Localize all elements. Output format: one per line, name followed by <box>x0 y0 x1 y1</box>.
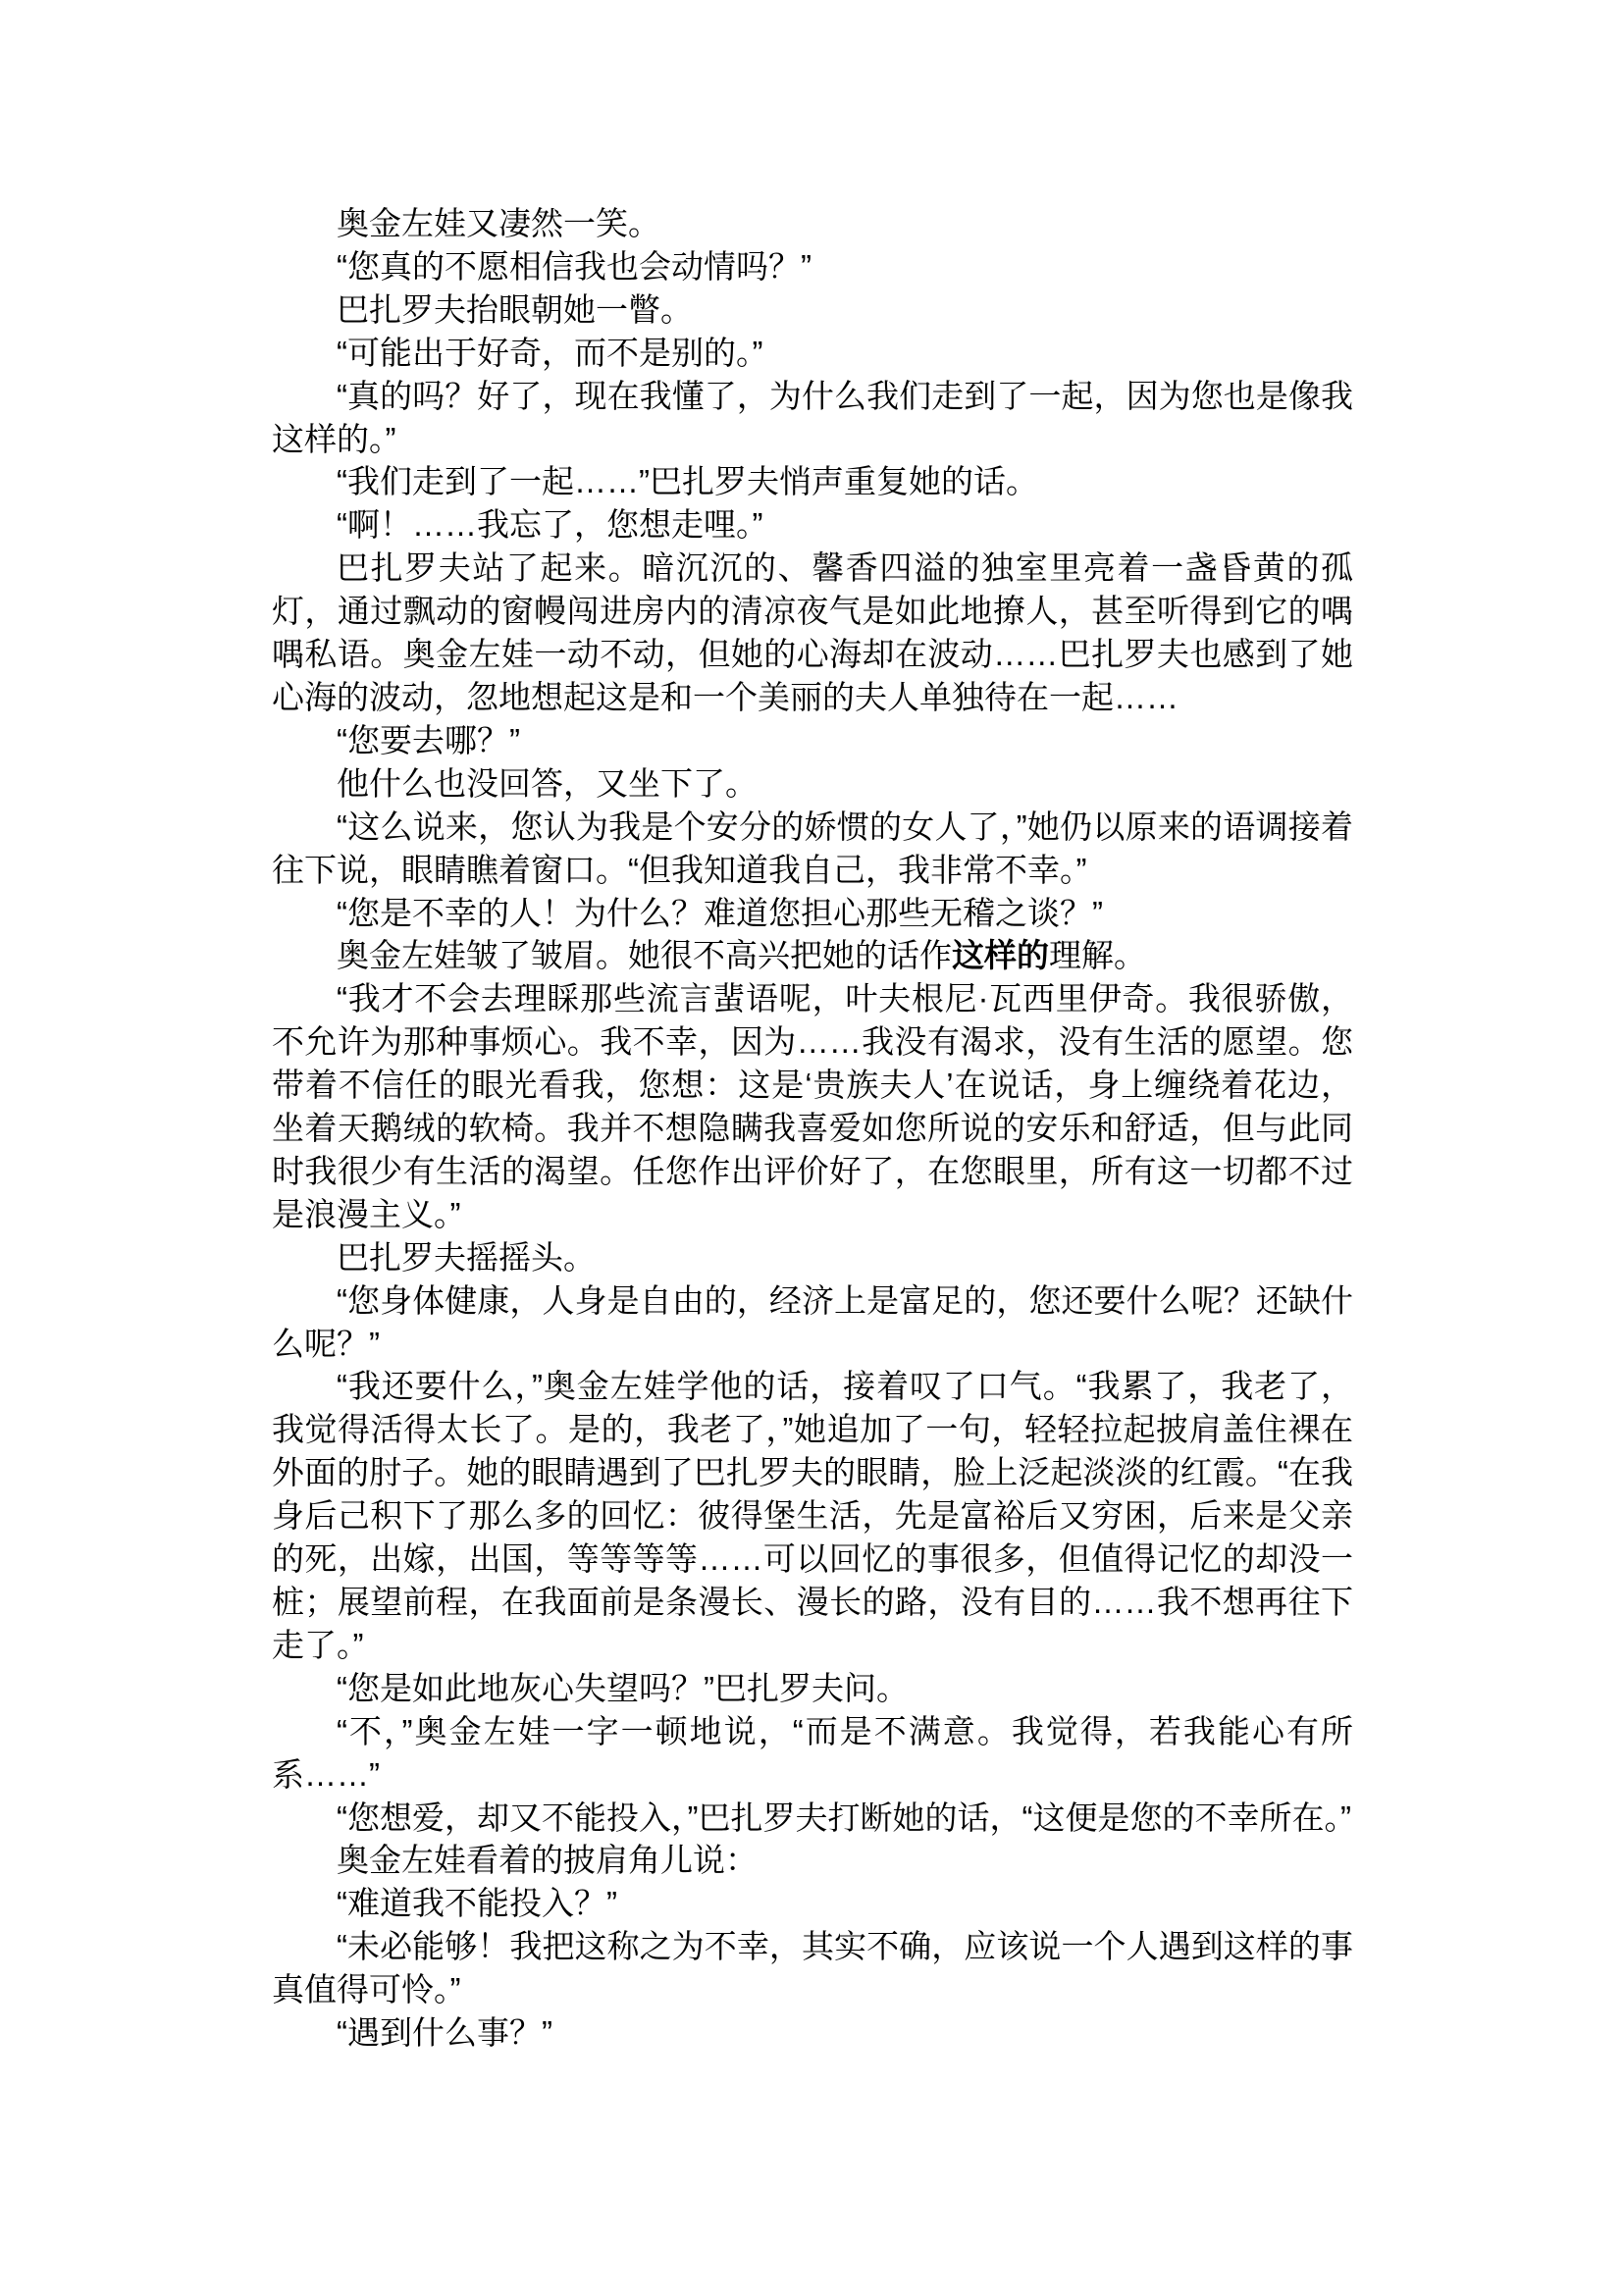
paragraph-text: “您身体健康，人身是自由的，经济上是富足的，您还要什么呢？还缺什么呢？” <box>272 1282 1353 1362</box>
paragraph: “这么说来，您认为我是个安分的娇惯的女人了，”她仍以原来的语调接着往下说，眼睛瞧… <box>272 806 1353 892</box>
paragraph-text: 巴扎罗夫摇摇头。 <box>337 1239 596 1276</box>
paragraph: “您身体健康，人身是自由的，经济上是富足的，您还要什么呢？还缺什么呢？” <box>272 1279 1353 1366</box>
paragraph: “您想爱，却又不能投入，”巴扎罗夫打断她的话，“这便是您的不幸所在。” <box>272 1797 1353 1840</box>
paragraph: “啊！……我忘了，您想走哩。” <box>272 503 1353 547</box>
document-page: 奥金左娃又凄然一笑。“您真的不愿相信我也会动情吗？”巴扎罗夫抬眼朝她一瞥。“可能… <box>0 0 1624 2294</box>
paragraph: “我还要什么，”奥金左娃学他的话，接着叹了口气。“我累了，我老了，我觉得活得太长… <box>272 1365 1353 1666</box>
paragraph-text: “您要去哪？” <box>337 722 520 758</box>
paragraph-text: “真的吗？好了，现在我懂了，为什么我们走到了一起，因为您也是像我这样的。” <box>272 378 1353 457</box>
paragraph-text: “您想爱，却又不能投入，”巴扎罗夫打断她的话，“这便是您的不幸所在。” <box>337 1799 1351 1836</box>
paragraph: “真的吗？好了，现在我懂了，为什么我们走到了一起，因为您也是像我这样的。” <box>272 375 1353 461</box>
paragraph-text: “这么说来，您认为我是个安分的娇惯的女人了，”她仍以原来的语调接着往下说，眼睛瞧… <box>272 808 1353 888</box>
paragraph-text: 奥金左娃看着的披肩角儿说： <box>337 1842 758 1878</box>
paragraph-text: “遇到什么事？” <box>337 2014 552 2051</box>
paragraph: “难道我不能投入？” <box>272 1882 1353 1925</box>
paragraph-text: “我还要什么，”奥金左娃学他的话，接着叹了口气。“我累了，我老了，我觉得活得太长… <box>272 1368 1353 1662</box>
paragraph-text: 巴扎罗夫站了起来。暗沉沉的、馨香四溢的独室里亮着一盏昏黄的孤灯，通过飘动的窗幔闯… <box>272 549 1353 715</box>
paragraph-text: “可能出于好奇，而不是别的。” <box>337 335 762 371</box>
paragraph-text: “未必能够！我把这称之为不幸，其实不确，应该说一个人遇到这样的事真值得可怜。” <box>272 1928 1353 2007</box>
paragraph: “您真的不愿相信我也会动情吗？” <box>272 245 1353 288</box>
paragraph-text: 理解。 <box>1049 937 1146 973</box>
paragraph-text: “您是不幸的人！为什么？难道您担心那些无稽之谈？” <box>337 895 1103 931</box>
paragraph: “不，”奥金左娃一字一顿地说，“而是不满意。我觉得，若我能心有所系……” <box>272 1710 1353 1797</box>
paragraph-text: 巴扎罗夫抬眼朝她一瞥。 <box>337 291 693 328</box>
paragraph: “遇到什么事？” <box>272 2011 1353 2055</box>
paragraph: “我才不会去理睬那些流言蜚语呢，叶夫根尼·瓦西里伊奇。我很骄傲，不允许为那种事烦… <box>272 977 1353 1235</box>
paragraph-text: “您是如此地灰心失望吗？”巴扎罗夫问。 <box>337 1670 909 1706</box>
paragraph: “可能出于好奇，而不是别的。” <box>272 332 1353 375</box>
paragraph: “未必能够！我把这称之为不幸，其实不确，应该说一个人遇到这样的事真值得可怜。” <box>272 1925 1353 2011</box>
paragraph: “您是不幸的人！为什么？难道您担心那些无稽之谈？” <box>272 892 1353 935</box>
paragraph: “您是如此地灰心失望吗？”巴扎罗夫问。 <box>272 1667 1353 1710</box>
paragraph-text: “我们走到了一起……”巴扎罗夫悄声重复她的话。 <box>337 463 1038 499</box>
paragraph-text: 他什么也没回答，又坐下了。 <box>337 765 758 802</box>
paragraph-text: “啊！……我忘了，您想走哩。” <box>337 506 762 543</box>
paragraph: 巴扎罗夫抬眼朝她一瞥。 <box>272 288 1353 332</box>
paragraph: 奥金左娃皱了皱眉。她很不高兴把她的话作这样的理解。 <box>272 934 1353 977</box>
paragraph: 巴扎罗夫站了起来。暗沉沉的、馨香四溢的独室里亮着一盏昏黄的孤灯，通过飘动的窗幔闯… <box>272 547 1353 719</box>
paragraph: “我们走到了一起……”巴扎罗夫悄声重复她的话。 <box>272 460 1353 503</box>
paragraph: 奥金左娃看着的披肩角儿说： <box>272 1839 1353 1882</box>
emphasized-text: 这样的 <box>952 937 1049 973</box>
paragraph: 巴扎罗夫摇摇头。 <box>272 1236 1353 1279</box>
text-block: 奥金左娃又凄然一笑。“您真的不愿相信我也会动情吗？”巴扎罗夫抬眼朝她一瞥。“可能… <box>272 202 1353 2055</box>
paragraph-text: “难道我不能投入？” <box>337 1885 617 1921</box>
paragraph-text: “我才不会去理睬那些流言蜚语呢，叶夫根尼·瓦西里伊奇。我很骄傲，不允许为那种事烦… <box>272 980 1353 1232</box>
paragraph-text: “您真的不愿相信我也会动情吗？” <box>337 248 812 285</box>
paragraph-text: 奥金左娃又凄然一笑。 <box>337 205 660 241</box>
paragraph-text: “不，”奥金左娃一字一顿地说，“而是不满意。我觉得，若我能心有所系……” <box>272 1713 1353 1793</box>
paragraph-text: 奥金左娃皱了皱眉。她很不高兴把她的话作 <box>337 937 952 973</box>
paragraph: 奥金左娃又凄然一笑。 <box>272 202 1353 245</box>
paragraph: 他什么也没回答，又坐下了。 <box>272 762 1353 806</box>
paragraph: “您要去哪？” <box>272 719 1353 762</box>
